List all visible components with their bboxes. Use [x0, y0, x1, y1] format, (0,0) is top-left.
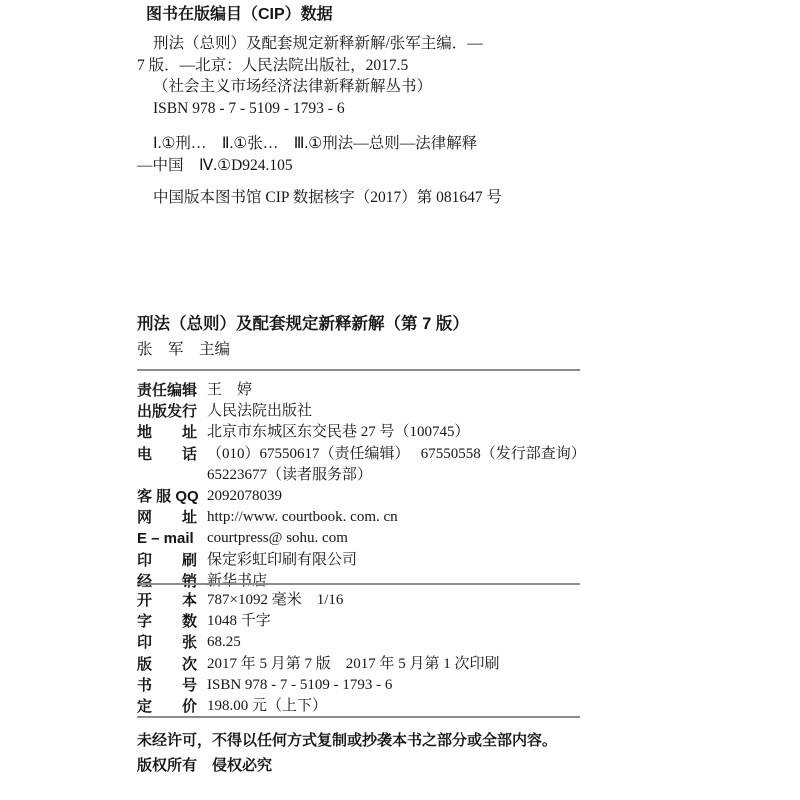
row-label: 版 次 — [137, 654, 200, 675]
row-label: 客 服 QQ — [137, 486, 200, 507]
title-block: 刑法（总则）及配套规定新释新解（第 7 版） 张 军 主编 — [137, 312, 581, 362]
row-value: 198.00 元（上下） — [200, 696, 327, 717]
row-label: 出版发行 — [137, 401, 200, 422]
table-row: E – mailcourtpress@ sohu. com — [137, 528, 581, 549]
row-value: 2017 年 5 月第 7 版 2017 年 5 月第 1 次印刷 — [200, 654, 500, 675]
table-row: 出版发行人民法院出版社 — [137, 401, 581, 422]
cip-registration-line: 中国版本图书馆 CIP 数据核字（2017）第 081647 号 — [137, 187, 581, 209]
row-value: 1048 千字 — [200, 611, 271, 632]
row-value: 2092078039 — [200, 486, 282, 507]
book-title: 刑法（总则）及配套规定新释新解（第 7 版） — [137, 312, 581, 336]
divider-bottom — [137, 716, 580, 718]
row-label: E – mail — [137, 528, 200, 549]
row-value: 68.25 — [200, 632, 241, 653]
cip-line: 刑法（总则）及配套规定新释新解/张军主编．— — [137, 33, 581, 55]
table-row: 印 刷保定彩虹印刷有限公司 — [137, 550, 581, 571]
row-value: 新华书店 — [200, 571, 267, 592]
table-row-continuation: 65223677（读者服务部） — [137, 465, 581, 486]
table-row: 经 销新华书店 — [137, 571, 581, 592]
cip-classification-line: Ⅰ.①刑… Ⅱ.①张… Ⅲ.①刑法—总则—法律解释 — [137, 133, 581, 155]
cip-line: （社会主义市场经济法律新释新解丛书） — [137, 76, 581, 98]
table-row: 印 张68.25 — [137, 632, 581, 653]
row-value: 65223677（读者服务部） — [200, 465, 372, 486]
row-value: http://www. courtbook. com. cn — [200, 507, 398, 528]
row-label: 经 销 — [137, 571, 200, 592]
publication-table: 责任编辑王 婷 出版发行人民法院出版社 地 址北京市东城区东交民巷 27 号（1… — [137, 380, 581, 592]
row-value: ISBN 978 - 7 - 5109 - 1793 - 6 — [200, 675, 392, 696]
notice-line: 未经许可，不得以任何方式复制或抄袭本书之部分或全部内容。 — [137, 729, 581, 754]
row-label: 定 价 — [137, 696, 200, 717]
copyright-page: 图书在版编目（CIP）数据 刑法（总则）及配套规定新释新解/张军主编．— 7 版… — [0, 0, 800, 800]
table-row: 书 号ISBN 978 - 7 - 5109 - 1793 - 6 — [137, 675, 581, 696]
table-row: 字 数1048 千字 — [137, 611, 581, 632]
cip-classification-line: —中国 Ⅳ.①D924.105 — [137, 155, 581, 177]
row-label: 字 数 — [137, 611, 200, 632]
table-row: 责任编辑王 婷 — [137, 380, 581, 401]
printing-table: 开 本787×1092 毫米 1/16 字 数1048 千字 印 张68.25 … — [137, 590, 581, 717]
row-label: 责任编辑 — [137, 380, 200, 401]
row-label: 开 本 — [137, 590, 200, 611]
table-row: 网 址http://www. courtbook. com. cn — [137, 507, 581, 528]
row-label: 电 话 — [137, 444, 200, 465]
row-label: 印 张 — [137, 632, 200, 653]
cip-paragraph: 刑法（总则）及配套规定新释新解/张军主编．— 7 版．—北京：人民法院出版社，2… — [137, 33, 581, 209]
copyright-notice: 未经许可，不得以任何方式复制或抄袭本书之部分或全部内容。 版权所有 侵权必究 — [137, 729, 581, 778]
table-row: 电 话（010）67550617（责任编辑） 67550558（发行部查询） — [137, 444, 581, 465]
table-row: 地 址北京市东城区东交民巷 27 号（100745） — [137, 422, 581, 443]
book-byline: 张 军 主编 — [137, 338, 581, 362]
table-row: 版 次2017 年 5 月第 7 版 2017 年 5 月第 1 次印刷 — [137, 654, 581, 675]
rights-line: 版权所有 侵权必究 — [137, 754, 581, 779]
cip-header: 图书在版编目（CIP）数据 — [137, 4, 581, 26]
row-label: 地 址 — [137, 422, 200, 443]
table-row: 定 价198.00 元（上下） — [137, 696, 581, 717]
row-value: 王 婷 — [200, 380, 252, 401]
row-value: 787×1092 毫米 1/16 — [200, 590, 343, 611]
row-value: 北京市东城区东交民巷 27 号（100745） — [200, 422, 470, 443]
row-label: 印 刷 — [137, 550, 200, 571]
row-value: 人民法院出版社 — [200, 401, 312, 422]
cip-section: 图书在版编目（CIP）数据 刑法（总则）及配套规定新释新解/张军主编．— 7 版… — [137, 4, 581, 209]
row-value: courtpress@ sohu. com — [200, 528, 348, 549]
table-row: 客 服 QQ2092078039 — [137, 486, 581, 507]
cip-line: ISBN 978 - 7 - 5109 - 1793 - 6 — [137, 98, 581, 120]
row-label: 网 址 — [137, 507, 200, 528]
row-label: 书 号 — [137, 675, 200, 696]
row-value: 保定彩虹印刷有限公司 — [200, 550, 357, 571]
row-value: （010）67550617（责任编辑） 67550558（发行部查询） — [200, 444, 586, 465]
table-row: 开 本787×1092 毫米 1/16 — [137, 590, 581, 611]
divider-top — [137, 369, 580, 371]
cip-line: 7 版．—北京：人民法院出版社，2017.5 — [137, 55, 581, 77]
divider-middle — [137, 583, 580, 585]
